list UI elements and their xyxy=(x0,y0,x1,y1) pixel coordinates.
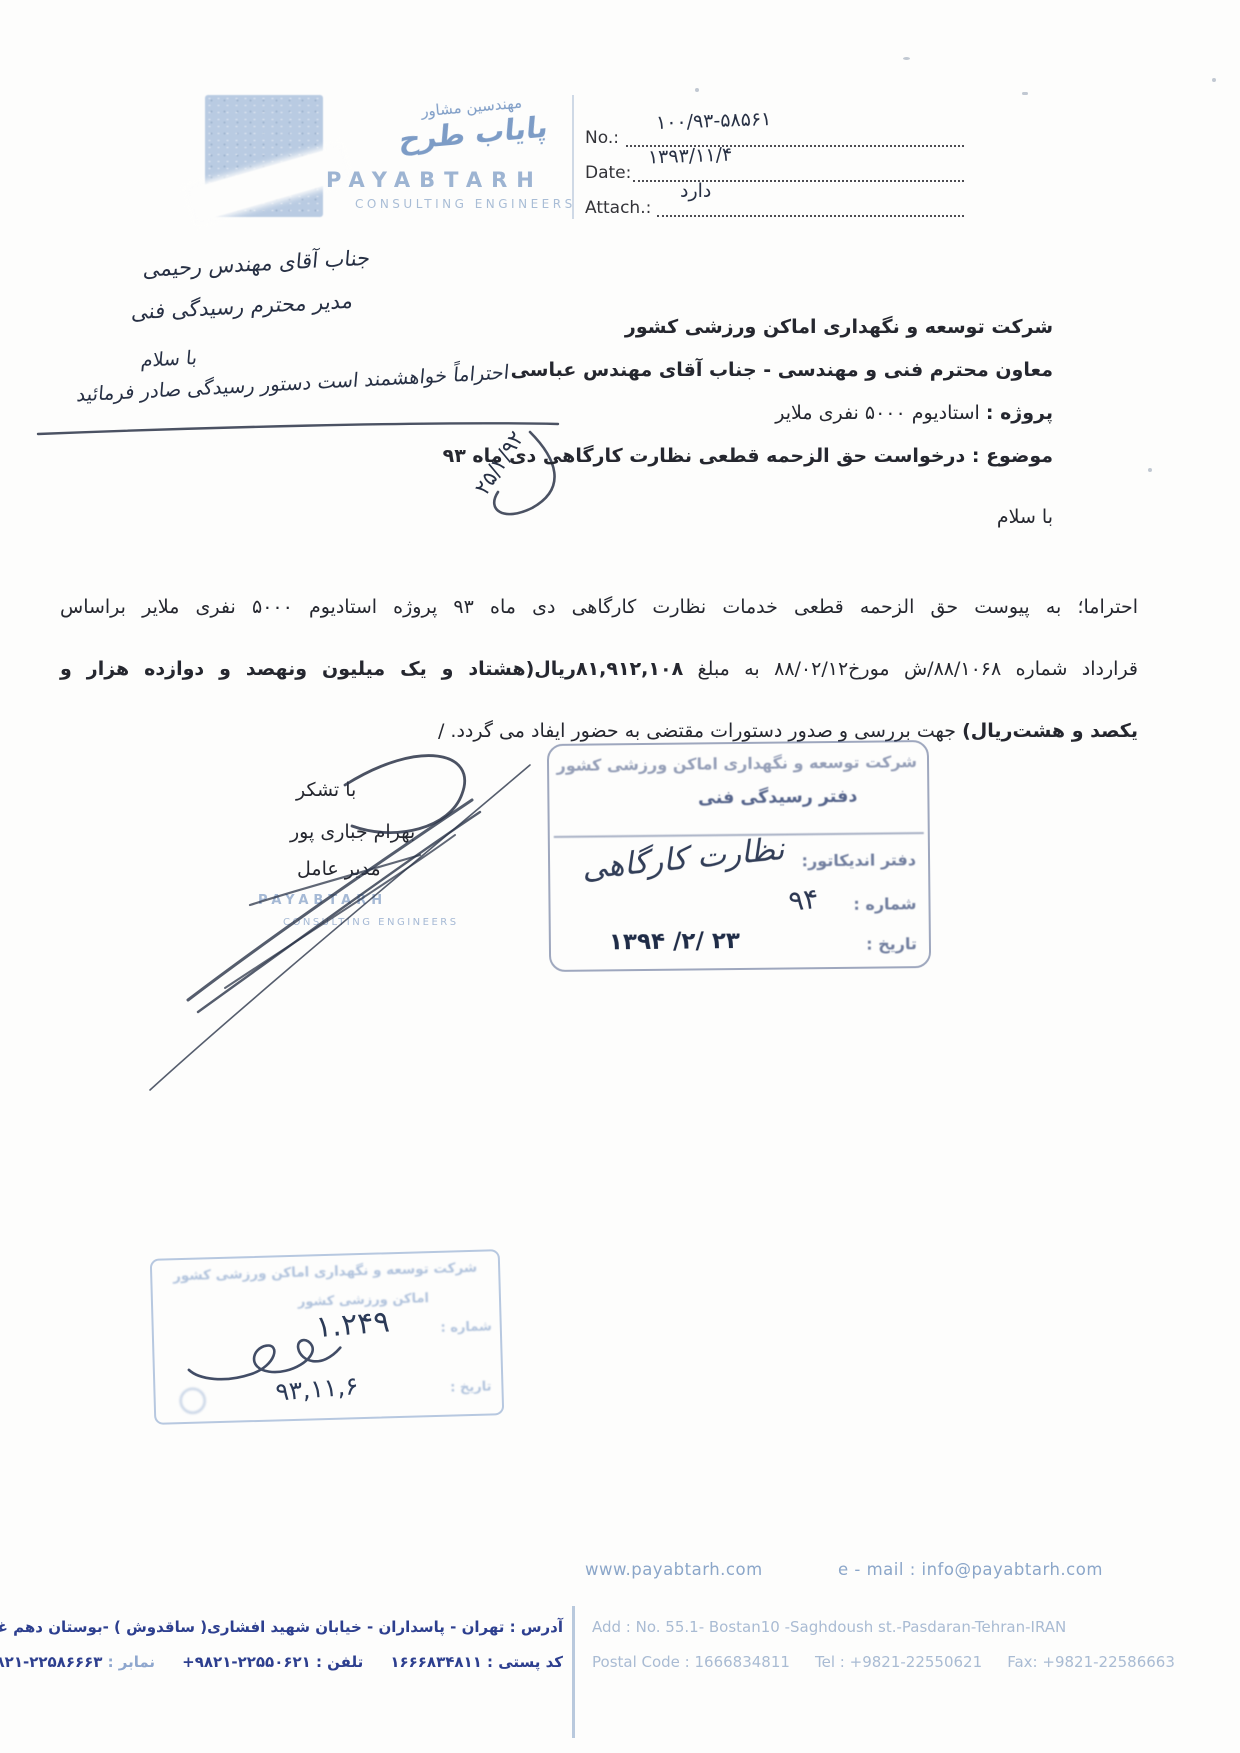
footer-en-postal: Postal Code : 1666834811 xyxy=(592,1653,790,1671)
footer-en-fax: Fax: +9821-22586663 xyxy=(1007,1653,1175,1671)
body-line3-amount: یکصد و هشت‌ریال) xyxy=(962,720,1138,742)
note-line1: جناب آقای مهندس رحیمی xyxy=(143,246,372,282)
registry-stamp-line1: شرکت توسعه و نگهداری اماکن ورزشی کشور xyxy=(160,1259,490,1284)
subject-line: موضوع : درخواست حق الزحمه قطعی نظارت کار… xyxy=(443,445,1053,467)
footer-email: e - mail : info@payabtarh.com xyxy=(838,1560,1103,1579)
ref-no-label: No.: xyxy=(585,128,619,148)
footer-fa-tel-label: تلفن : xyxy=(316,1653,363,1671)
stamp-office-line: دفتر رسیدگی فنی xyxy=(698,787,858,809)
stamp-indicator-label: دفتر اندیکاتور: xyxy=(802,850,917,870)
stamp-indicator-handwritten: نظارت کارگاهی xyxy=(582,830,790,887)
note-line3: با سلام xyxy=(141,347,199,372)
footer-divider xyxy=(572,1606,575,1738)
scanned-letter-page: مهندسین مشاور پایاب طرح PAYABTARH CONSUL… xyxy=(0,0,1240,1753)
receipt-stamp: شرکت توسعه و نگهداری اماکن ورزشی کشور دف… xyxy=(547,740,931,972)
project-label: پروژه : xyxy=(986,402,1053,424)
scan-fold-line xyxy=(572,95,574,219)
project-value: استادیوم ۵۰۰۰ نفری ملایر xyxy=(775,402,986,424)
stamp-number-handwritten: ۹۴ xyxy=(787,882,821,918)
footer-fa-postal-label: کد پستی : xyxy=(487,1653,563,1671)
footer-fa-address: آدرس : تهران - پاسداران - خیابان شهید اف… xyxy=(28,1618,563,1636)
signature-pen-strokes xyxy=(110,690,590,1110)
footer-fa-fax-label: نمابر : xyxy=(108,1653,156,1671)
footer-website: www.payabtarh.com xyxy=(585,1560,763,1579)
ref-no-value-handwritten: ۱۰۰/۹۳-۵۸۵۶۱ xyxy=(656,108,772,134)
footer-en-tel: Tel : +9821-22550621 xyxy=(815,1653,982,1671)
registry-number-label: شماره : xyxy=(440,1319,492,1335)
footer-fa: آدرس : تهران - پاسداران - خیابان شهید اف… xyxy=(28,1618,563,1671)
footer-en-address: Add : No. 55.1- Bostan10 -Saghdoush st.-… xyxy=(592,1618,1192,1636)
ref-date-value-handwritten: ۱۳۹۳/۱۱/۴ xyxy=(648,144,733,169)
scan-speck xyxy=(1212,78,1216,82)
salutation: با سلام xyxy=(997,506,1053,528)
scan-speck xyxy=(903,57,910,60)
note-line2: مدیر محترم رسیدگی فنی xyxy=(130,289,354,325)
scan-speck xyxy=(1148,468,1152,472)
stamp-company-line: شرکت توسعه و نگهداری اماکن ورزشی کشور xyxy=(559,752,917,775)
body-line1: احتراما؛ به پیوست حق الزحمه قطعی خدمات ن… xyxy=(60,576,1138,638)
stamp-date-handwritten: ۱۳۹۴ /۲/ ۲۳ xyxy=(609,928,740,955)
footer-en: Add : No. 55.1- Bostan10 -Saghdoush st.-… xyxy=(592,1618,1192,1671)
recipient-block: شرکت توسعه و نگهداری اماکن ورزشی کشور مع… xyxy=(443,316,1053,467)
scan-speck xyxy=(695,88,699,92)
body-line2-amount: ۸۱,۹۱۲,۱۰۸ریال(هشتاد و یک میلیون ونهصد و… xyxy=(60,658,683,680)
footer-fa-postal-value: ۱۶۶۶۸۳۴۸۱۱ xyxy=(390,1653,482,1671)
footer-fa-tel-value: +۹۸۲۱-۲۲۵۵۰۶۲۱ xyxy=(182,1653,311,1671)
brand-name: PAYABTARH xyxy=(326,168,543,192)
registry-signature-squiggle xyxy=(180,1329,352,1404)
logo-script: مهندسین مشاور پایاب طرح xyxy=(386,91,560,158)
scan-speck xyxy=(1022,92,1028,95)
footer-fa-fax-value: +۹۸۲۱-۲۲۵۸۶۶۶۳ xyxy=(0,1653,102,1671)
payabtarh-logo-mark xyxy=(205,95,323,217)
ref-attach-label: Attach.: xyxy=(585,198,651,218)
ref-attach-value-handwritten: دارد xyxy=(680,180,711,202)
ref-date-label: Date: xyxy=(585,163,631,183)
recipient-person: معاون محترم فنی و مهندسی - جناب آقای مهن… xyxy=(443,359,1053,381)
recipient-company: شرکت توسعه و نگهداری اماکن ورزشی کشور xyxy=(443,316,1053,338)
stamp-number-label: شماره : xyxy=(853,894,916,914)
stamp-date-label: تاریخ : xyxy=(866,934,917,954)
logo-swoosh xyxy=(189,146,347,221)
body-line2-normal: قرارداد شماره ۸۸/۱۰۶۸/ش مورخ۸۸/۰۲/۱۲ به … xyxy=(683,658,1138,680)
registry-stamp: شرکت توسعه و نگهداری اماکن ورزشی کشور ام… xyxy=(150,1249,504,1425)
brand-subtitle: CONSULTING ENGINEERS xyxy=(355,197,576,211)
registry-date-label: تاریخ : xyxy=(450,1379,492,1395)
